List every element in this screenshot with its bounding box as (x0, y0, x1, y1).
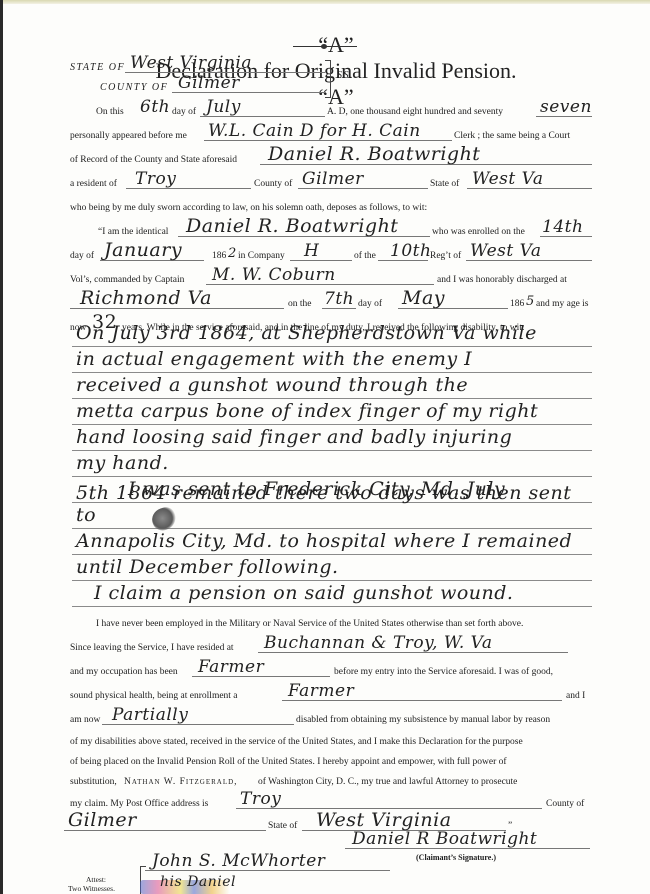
text-para2: of my disabilities above stated, receive… (70, 737, 523, 747)
text-ad: A. D, one thousand eight hundred and sev… (327, 107, 503, 117)
text-year-prefix: 186 (212, 251, 226, 261)
narrative-text: my hand. (76, 452, 169, 474)
text-para4a: substitution, (70, 777, 117, 787)
text-am-now: am now (70, 715, 100, 725)
narrative-line: 5th 1864 remained there two days was the… (72, 502, 592, 529)
narrative-line: On July 3rd 1864, at Shepherdstown Va wh… (72, 320, 592, 347)
enrollment-line: day of January 186 2 in Company H of the… (0, 242, 650, 264)
year-value: seven (540, 97, 592, 117)
narrative-text: Annapolis City, Md. to hospital where I … (76, 530, 572, 552)
month-value: July (206, 97, 241, 117)
text-regt-of: Reg’t of (430, 251, 461, 261)
text-discharge-year-prefix: 186 (510, 299, 524, 309)
narrative-line: I claim a pension on said gunshot wound. (72, 580, 592, 607)
claimant-signature: Daniel R Boatwright (352, 829, 537, 849)
title-ornament-rule (293, 46, 357, 47)
discharge-place-value: Richmond Va (80, 287, 212, 309)
text-identical: “I am the identical (98, 227, 168, 237)
text-of-the: of the (354, 251, 376, 261)
witness1-signature: John S. McWhorter (152, 851, 325, 871)
text-day-of: day of (172, 107, 196, 117)
text-po-county-of: County of (546, 799, 584, 809)
post-office-value: Troy (240, 789, 281, 809)
text-clerk: Clerk ; the same being a Court (454, 131, 570, 141)
discharge-year-digit: 5 (526, 294, 535, 309)
state-value: West Virginia (130, 53, 252, 73)
text-county-of: County of (254, 179, 292, 189)
residence-line: a resident of Troy County of Gilmer Stat… (0, 170, 650, 192)
clerk-value: W.L. Cain D for H. Cain (208, 121, 421, 141)
text-in-company: in Company (238, 251, 285, 261)
residence-county-value: Gilmer (302, 169, 364, 189)
text-para4b: of Washington City, D. C., my true and l… (258, 777, 517, 787)
narrative-text: in actual engagement with the enemy I (76, 348, 472, 370)
narrative-line: until December following. (72, 554, 592, 581)
day-value: 6th (140, 97, 170, 117)
para4-line: substitution, Nathan W. Fitzgerald, of W… (0, 768, 650, 790)
text-post-office: my claim. My Post Office address is (70, 799, 208, 809)
residence-since-value: Buchannan & Troy, W. Va (264, 633, 492, 653)
identical-name: Daniel R. Boatwright (186, 215, 398, 237)
residence-since-line: Since leaving the Service, I have reside… (0, 634, 650, 656)
text-appeared: personally appeared before me (70, 131, 187, 141)
witness1-line: John S. McWhorter (0, 852, 650, 874)
county-label: COUNTY OF (100, 82, 168, 93)
narrative-line: Annapolis City, Md. to hospital where I … (72, 528, 592, 555)
court-line: of Record of the County and State afores… (0, 146, 650, 168)
discharge-day-value: 7th (324, 289, 354, 309)
text-court: of Record of the County and State afores… (70, 155, 237, 165)
para2-line: of my disabilities above stated, receive… (0, 728, 650, 750)
claimant-name: Daniel R. Boatwright (268, 143, 480, 165)
text-state-of: State of (430, 179, 459, 189)
claimant-signature-line: Daniel R Boatwright (0, 830, 650, 852)
appeared-line: personally appeared before me W.L. Cain … (0, 122, 650, 144)
post-office-field (236, 788, 542, 809)
text-day-of-3: day of (358, 299, 382, 309)
pension-declaration-page: “A” Declaration for Original Invalid Pen… (0, 0, 650, 894)
text-discharged: and I was honorably discharged at (437, 275, 567, 285)
venue-bracket (325, 60, 331, 98)
disabled-value: Partially (112, 705, 188, 725)
text-sound-health: sound physical health, being at enrollme… (70, 691, 238, 701)
po-county-value: Gilmer (68, 809, 137, 831)
narrative-text: On July 3rd 1864, at Shepherdstown Va wh… (76, 322, 537, 344)
company-field (290, 240, 352, 261)
state-label: STATE OF (70, 62, 125, 73)
text-occupation: and my occupation has been (70, 667, 178, 677)
enrolled-month-value: January (104, 239, 182, 261)
text-disabled: disabled from obtaining my subsistence b… (296, 715, 550, 725)
text-on-this: On this (96, 107, 124, 117)
two-witnesses-label: Two Witnesses. (68, 884, 115, 893)
text-day-of-2: day of (70, 251, 94, 261)
narrative-text: I claim a pension on said gunshot wound. (94, 582, 513, 604)
narrative-text: until December following. (76, 556, 339, 578)
discharge-line: Richmond Va on the 7th day of May 186 5 … (0, 290, 650, 312)
scan-top-band (0, 0, 650, 4)
identical-line: “I am the identical Daniel R. Boatwright… (0, 218, 650, 240)
captain-line: Vol’s, commanded by Captain M. W. Coburn… (0, 266, 650, 288)
regt-state-value: West Va (470, 241, 541, 261)
occupation-line: and my occupation has been Farmer before… (0, 658, 650, 680)
narrative-text: metta carpus bone of index finger of my … (76, 400, 538, 422)
attest-label: Attest: (86, 875, 106, 884)
narrative-text: hand loosing said finger and badly injur… (76, 426, 512, 448)
text-vols: Vol’s, commanded by Captain (70, 275, 184, 285)
enrolled-day-value: 14th (542, 217, 583, 237)
text-on-the: on the (288, 299, 311, 309)
enrollment-occupation-value: Farmer (288, 681, 354, 701)
text-age: and my age is (536, 299, 589, 309)
text-before-entry: before my entry into the Service aforesa… (334, 667, 553, 677)
date-line: On this 6th day of July A. D, one thousa… (0, 98, 650, 120)
text-never-employed: I have never been employed in the Milita… (96, 619, 523, 629)
text-and-i: and I (566, 691, 585, 701)
witness2-signature: his Daniel (160, 874, 236, 891)
county-value: Gilmer (178, 73, 240, 93)
attorney-name: Nathan W. Fitzgerald, (124, 777, 238, 787)
narrative-line: hand loosing said finger and badly injur… (72, 424, 592, 451)
text-enrolled: who was enrolled on the (432, 227, 525, 237)
narrative-line: metta carpus bone of index finger of my … (72, 398, 592, 425)
residence-state-value: West Va (472, 169, 543, 189)
discharge-month-value: May (402, 287, 445, 309)
enrolled-year-digit: 2 (228, 246, 237, 261)
text-since-leaving: Since leaving the Service, I have reside… (70, 643, 234, 653)
narrative-line: received a gunshot wound through the (72, 372, 592, 399)
text-sworn: who being by me duly sworn according to … (70, 203, 427, 213)
narrative-line: in actual engagement with the enemy I (72, 346, 592, 373)
health-line: sound physical health, being at enrollme… (0, 682, 650, 704)
narrative-line: my hand. (72, 450, 592, 477)
narrative-text: received a gunshot wound through the (76, 374, 468, 396)
text-para3: of being placed on the Invalid Pension R… (70, 757, 507, 767)
sworn-line: who being by me duly sworn according to … (0, 194, 650, 216)
company-value: H (304, 241, 319, 261)
captain-value: M. W. Coburn (212, 265, 336, 285)
occupation-value: Farmer (198, 657, 264, 677)
text-resident: a resident of (70, 179, 117, 189)
disabled-line: am now Partially disabled from obtaining… (0, 706, 650, 728)
never-employed-line: I have never been employed in the Milita… (0, 610, 650, 632)
para3-line: of being placed on the Invalid Pension R… (0, 748, 650, 770)
town-value: Troy (135, 169, 176, 189)
regiment-value: 10th (390, 241, 431, 261)
